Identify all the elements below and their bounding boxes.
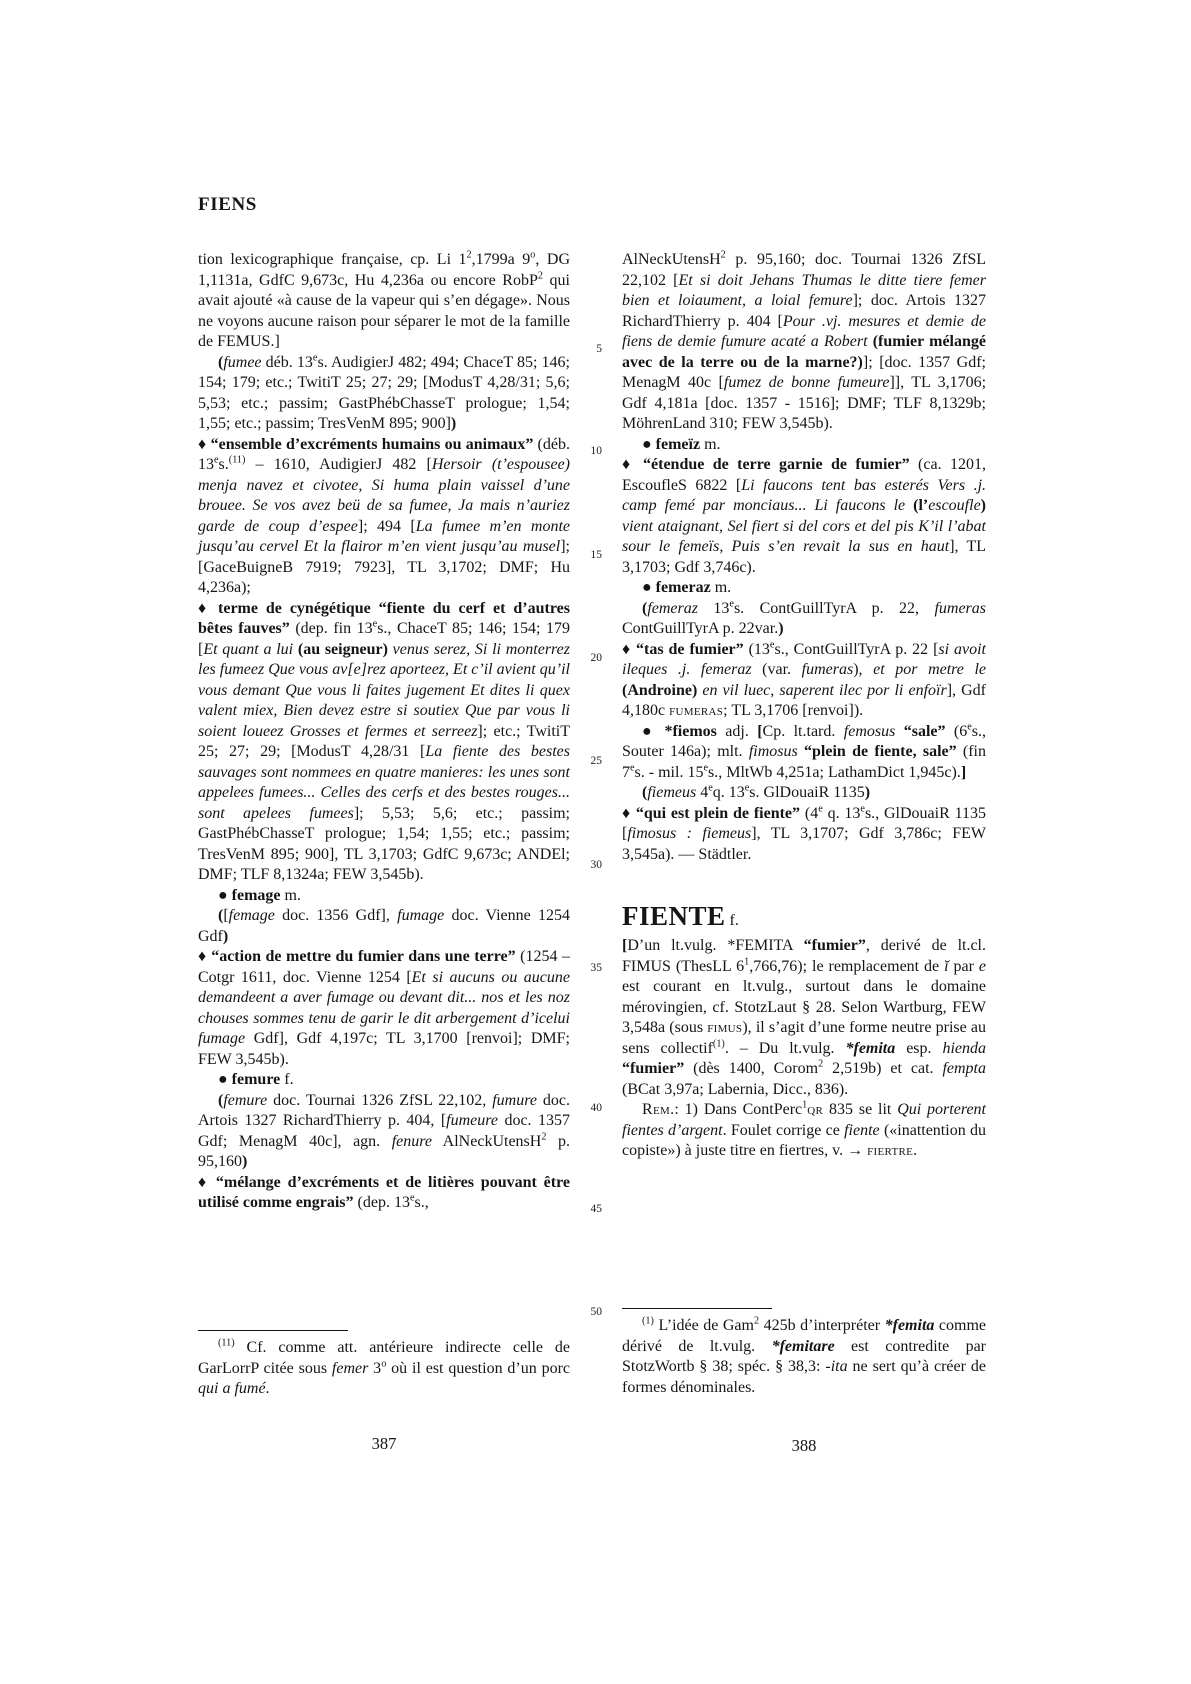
text-run: Et quant a lui [203,641,298,658]
text-run: 2,519b) et cat. [823,1060,942,1077]
text-run: ] [961,764,966,781]
text-run: ● [642,436,656,453]
line-number: 50 [591,1306,603,1318]
text-run: fumeras [934,600,986,617]
text-run: ) [242,1153,247,1170]
text-run: (Androine) [622,682,697,699]
text-run: ● [218,887,232,904]
text-run: s., ContGuillTyrA p. 22 [ [774,641,938,658]
line-number: 45 [591,1203,603,1215]
text-run: “plein de fiente, sale” [804,743,957,760]
text-run: s. [219,456,229,473]
text-run: *femitare [772,1338,835,1355]
variant-paragraph: (femeraz 13es. ContGuillTyrA p. 22, fume… [622,599,986,640]
text-run: “action de mettre du fumier dans une ter… [211,948,515,965]
text-run: femeraz [647,600,698,617]
text-run: ) [223,928,228,945]
right-column: AlNeckUtensH2 p. 95,160; doc. Tournai 13… [622,250,986,1162]
text-run: “étendue de terre garnie de fumier” [643,456,910,473]
line-number: 35 [591,962,603,974]
variant-paragraph: ([femage doc. 1356 Gdf], fumage doc. Vie… [198,906,570,947]
text-run: fimosus : fiemeus [627,825,751,842]
text-run: (11) [229,455,246,466]
sense-definition: ♦ “mélange d’excréments et de litières p… [198,1173,570,1214]
footnote-rule [198,1330,348,1331]
text-run: esp. [895,1040,942,1057]
line-number: 5 [596,343,602,355]
entry-continuation-paragraph: AlNeckUtensH2 p. 95,160; doc. Tournai 13… [622,250,986,435]
derivative-paragraph: ● *fiemos adj. [Cp. lt.tard. femosus “sa… [622,722,986,784]
text-run: fiente [844,1122,880,1139]
text-run: fumee [223,354,261,371]
derivative-headword-line: ● femure f. [198,1070,570,1091]
text-run: s. ContGuillTyrA p. 22, [734,600,935,617]
derivative-headword-line: ● femeïz m. [622,435,986,456]
line-number: 25 [591,755,603,767]
text-run: femage [232,887,281,904]
text-run: AlNeckUtensH [622,251,721,268]
text-run: . – Du lt.vulg. [725,1040,846,1057]
text-run: fimus [707,1019,742,1036]
text-run: ), [853,661,873,678]
sense-definition: ♦ “qui est plein de fiente” (4e q. 13es.… [622,804,986,866]
text-run: (13 [744,641,770,658]
text-run: qr [807,1101,823,1118]
text-run: . [913,1142,917,1159]
dictionary-page: FIENS tion lexicographique française, cp… [0,0,1191,1684]
derivative-headword-line: ● femage m. [198,886,570,907]
text-run: Cp. lt.tard. [763,723,844,740]
text-run: – 1610, AudigierJ 482 [ [245,456,431,473]
text-run: . Foulet corrige ce [723,1122,845,1139]
text-run: fumure [492,1092,537,1109]
text-run: *fiemos [664,723,716,740]
text-run: fumeras [669,702,723,719]
text-run: ContGuillTyrA p. 22var. [622,620,778,637]
text-run: ♦ [622,641,636,658]
text-run: qui a fumé [198,1380,266,1397]
text-run: (6 [946,723,968,740]
text-run: “tas de fumier” [636,641,744,658]
text-run: (4 [800,805,818,822]
page-number-right: 388 [622,1436,986,1456]
text-run: “ensemble d’excréments humains ou animau… [211,436,534,453]
text-run: femer [332,1360,368,1377]
text-run: doc. 1356 Gdf], [275,907,397,924]
text-run: fiemeus [647,784,696,801]
text-run: où il est question d’un porc [386,1360,570,1377]
text-run: ; TL 3,1706 [renvoi]). [723,702,863,719]
variant-paragraph: (femure doc. Tournai 1326 ZfSL 22,102, f… [198,1091,570,1173]
line-number: 15 [591,549,603,561]
text-run: q. 13 [823,805,861,822]
line-number: 10 [591,445,603,457]
text-run: ♦ [198,436,211,453]
text-run: (au seigneur) [298,641,388,658]
text-run: “qui est plein de fiente” [636,805,800,822]
text-run: *femita [885,1317,935,1334]
text-run: f. [726,912,739,929]
text-run: m. [281,887,301,904]
text-run: fimosus [749,743,798,760]
text-run: ● [218,1071,232,1088]
text-run: fumeure [446,1112,498,1129]
text-run: (dep. 13 [354,1194,410,1211]
text-run: ,766,76); le remplacement de [749,958,944,975]
text-run: (dep. fin 13 [290,620,373,637]
right-footnote: (1) L’idée de Gam2 425b d’interpréter *f… [622,1308,986,1398]
text-run: fempta [942,1060,986,1077]
text-run: (var. [762,661,801,678]
text-run: 3 [368,1360,381,1377]
text-run: “fumier” [804,937,866,954]
text-run: ]; 494 [ [358,518,416,535]
line-number-gutter: 5 10 15 20 25 30 35 40 45 50 [568,0,602,1684]
text-run: ● [642,723,664,740]
text-run: fumage [397,907,444,924]
left-footnote-text: (11) Cf. comme att. antérieure indirecte… [198,1338,570,1400]
text-run: ) [981,497,986,514]
sense-definition: ♦ “tas de fumier” (13es., ContGuillTyrA … [622,640,986,722]
text-run: (BCat 3,97a; Labernia, Dicc., 836). [622,1081,848,1098]
text-run: 13 [698,600,729,617]
derivative-headword-line: ● femeraz m. [622,578,986,599]
footnote-paragraph: (1) L’idée de Gam2 425b d’interpréter *f… [622,1316,986,1398]
text-run: (1) [713,1038,725,1049]
text-run: 835 se lit [823,1101,897,1118]
remark-paragraph: Rem.: 1) Dans ContPerc1qr 835 se lit Qui… [622,1100,986,1162]
text-run: déb. 13 [262,354,313,371]
text-run: (11) [218,1338,235,1349]
sense-definition: ♦ terme de cynégétique “fiente du cerf e… [198,599,570,886]
line-number: 40 [591,1102,603,1114]
text-run: femosus [844,723,896,740]
text-run: ,1799a 9 [472,251,531,268]
footnote-paragraph: (11) Cf. comme att. antérieure indirecte… [198,1338,570,1400]
text-run: 425b d’interpréter [759,1317,885,1334]
text-run: “sale” [904,723,946,740]
text-run: ♦ [622,805,636,822]
text-run: s., [415,1194,429,1211]
text-run: par [949,958,979,975]
text-run: (1) [642,1316,654,1327]
sense-definition: ♦ “action de mettre du fumier dans une t… [198,947,570,1070]
text-run: ) [451,415,456,432]
text-run: s., MltWb 4,251a; LathamDict 1,945c). [708,764,961,781]
sense-definition: ♦ “étendue de terre garnie de fumier” (c… [622,455,986,578]
text-run: ♦ [622,456,643,473]
text-run: vient ataignant, Sel fiert si del cors e… [622,518,986,556]
text-run: ♦ [198,948,211,965]
text-run: femeraz [656,579,711,596]
text-run: ) [865,784,870,801]
text-run: fumez de bonne fumeure [724,374,890,391]
text-run: s. - mil. 15 [635,764,704,781]
text-run: . [266,1380,270,1397]
etymology-paragraph: [D’un lt.vulg. *FEMITA “fumier”, derivé … [622,936,986,1100]
text-run: escoufle [928,497,980,514]
text-run: Rem. [642,1101,674,1118]
text-run: adj. [717,723,757,740]
text-run: doc. Tournai 1326 ZfSL 22,102, [267,1092,492,1109]
text-run: m. [700,436,720,453]
text-run: f. [280,1071,293,1088]
text-run: ● [642,579,656,596]
variant-paragraph: (fumee déb. 13es. AudigierJ 482; 494; Ch… [198,353,570,435]
text-run: tion lexicographique française, cp. Li 1 [198,251,467,268]
text-run: e [979,958,986,975]
text-run: ♦ [198,600,218,617]
footnote-rule [622,1308,772,1309]
text-run: et por metre le [873,661,986,678]
text-run: fiertre [867,1142,913,1159]
text-run: ♦ [198,1174,216,1191]
text-run: femure [223,1092,267,1109]
left-column: tion lexicographique française, cp. Li 1… [198,250,570,1214]
text-run: “fumier” [622,1060,684,1077]
text-run: femage [229,907,275,924]
text-run: en vil luec, saperent ilec por li enfoïr [697,682,946,699]
left-footnote: (11) Cf. comme att. antérieure indirecte… [198,1330,570,1400]
line-number: 20 [591,652,603,664]
text-run: *femita [845,1040,895,1057]
text-run: hienda [942,1040,986,1057]
variant-paragraph: (fiemeus 4eq. 13es. GlDouaiR 1135) [622,783,986,804]
text-run: FIENTE [622,901,726,931]
line-number: 30 [591,859,603,871]
entry-headword-line: FIENTE f. [622,901,986,936]
text-run: D’un lt.vulg. *FEMITA [627,937,803,954]
text-run: q. 13 [713,784,745,801]
text-run: fumeras [802,661,854,678]
text-run: fenure [392,1133,432,1150]
text-run: 4 [696,784,708,801]
text-run: (l’ [913,497,928,514]
text-run: femure [232,1071,281,1088]
right-footnote-text: (1) L’idée de Gam2 425b d’interpréter *f… [622,1316,986,1398]
text-run: -ita [825,1358,847,1375]
text-run: ) [778,620,783,637]
running-head: FIENS [198,194,257,216]
text-run: Gdf], Gdf 4,197c; TL 3,1700 [renvoi]; DM… [198,1030,570,1068]
text-run: L’idée de Gam [654,1317,754,1334]
sense-definition: ♦ “ensemble d’excréments humains ou anim… [198,435,570,599]
text-run: (dès 1400, Corom [684,1060,818,1077]
entry-continuation-paragraph: tion lexicographique française, cp. Li 1… [198,250,570,353]
text-run: s. GlDouaiR 1135 [749,784,864,801]
text-run: m. [711,579,731,596]
page-number-left: 387 [198,1434,570,1454]
text-run: : 1) Dans ContPerc [674,1101,802,1118]
text-run: AlNeckUtensH [432,1133,541,1150]
text-run: femeïz [656,436,700,453]
text-run [895,723,903,740]
